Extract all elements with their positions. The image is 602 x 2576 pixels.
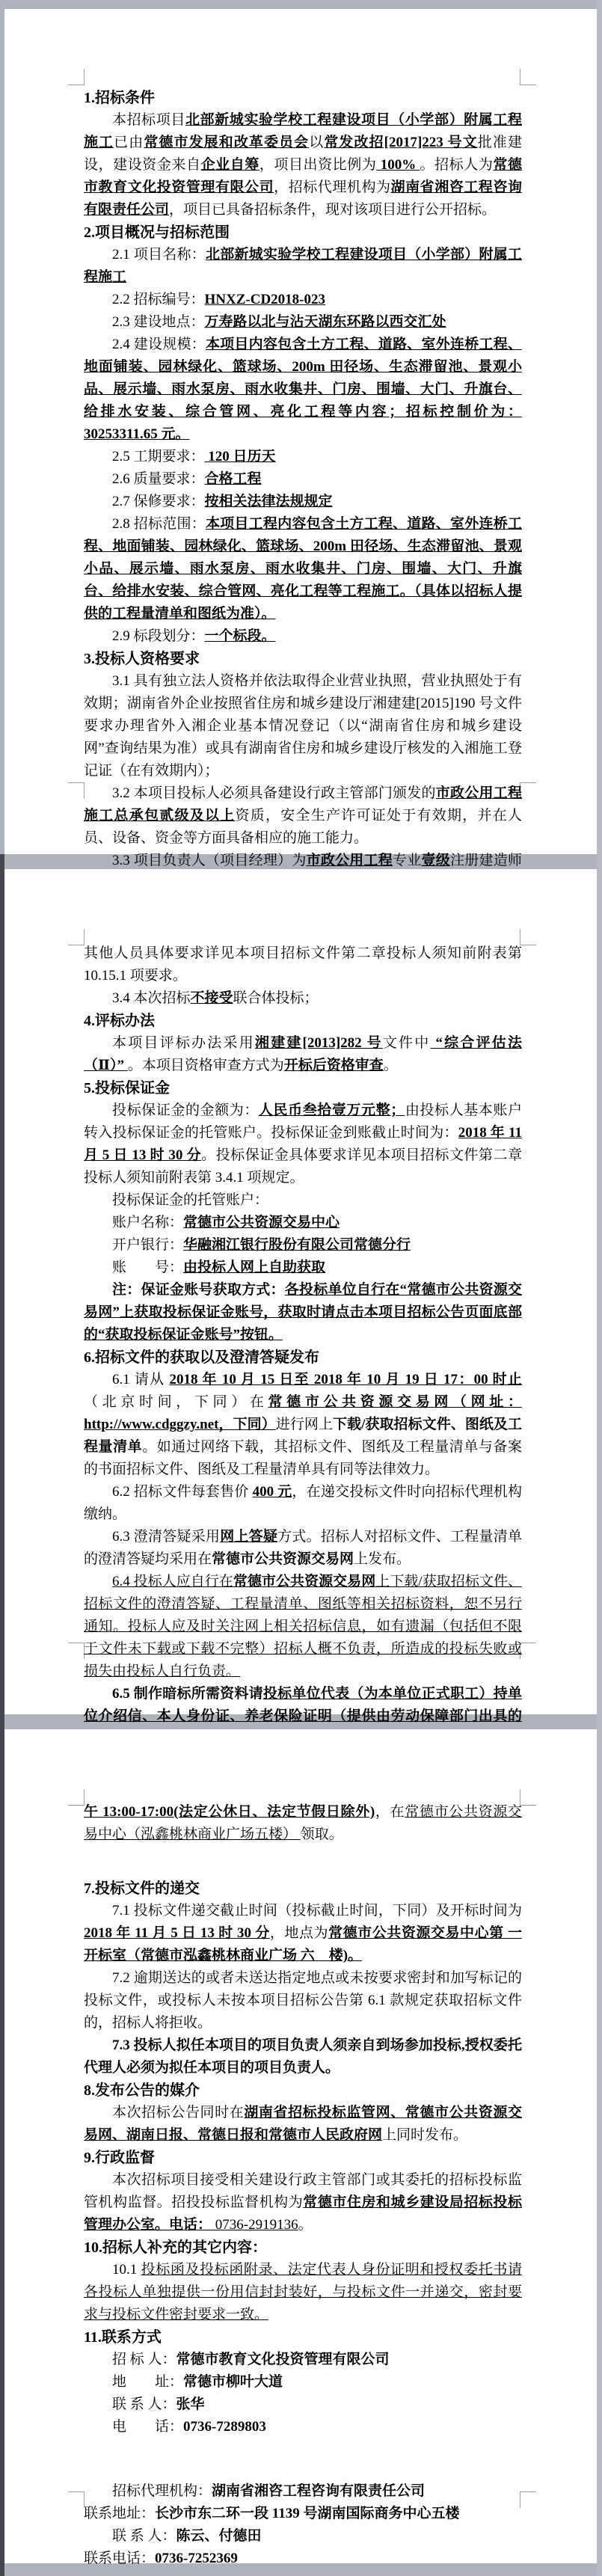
text-run: 10.1: [112, 2262, 141, 2278]
scrollbar-track[interactable]: [597, 0, 602, 2576]
text-run: 文件中: [383, 1035, 431, 1051]
text-run: 1.招标条件: [84, 90, 155, 106]
text-run: 万寿路以北与沾天湖东环路以西交汇处: [205, 314, 446, 330]
text-run: 地 址：: [112, 2374, 183, 2390]
para-9: 本次招标项目接受相关建设行政主管部门或其委托的招标投标监管机构监督。招投投标监督…: [84, 2169, 522, 2236]
heading-5: 5.投标保证金: [84, 1077, 522, 1100]
text-run: 常德市公共资源交易中心: [183, 1215, 340, 1230]
text-run: ，项目出资比例为: [259, 157, 377, 173]
heading-6: 6.招标文件的获取以及澄清答疑发布: [84, 1346, 522, 1369]
para-5-amount: 投标保证金的金额为：人民币叁拾壹万元整；由投标人基本账户转入投标保证金的托管账户…: [84, 1100, 522, 1189]
text-run: 以: [309, 135, 324, 150]
text-run: 人民币叁拾壹万元整；: [259, 1103, 405, 1118]
text-run: 0736-7289803: [183, 2419, 266, 2435]
heading-2: 2.项目概况与招标范围: [84, 221, 522, 244]
contact-person: 联 系 人：张华: [84, 2393, 522, 2416]
text-run: 长沙市东二环一段 1139 号湖南国际商务中心五楼: [155, 2506, 459, 2521]
text-run: 本次招标公告同时在: [112, 2105, 244, 2120]
text-run: 由投标人网上自助获取: [183, 1260, 325, 1275]
text-run: 100%: [376, 157, 420, 173]
item-7-3: 7.3 投标人拟任本项目的项目负责人须亲自到场参加投标,授权委托代理人必须为拟任…: [84, 2034, 522, 2079]
item-2-9: 2.9 标段划分：一个标段。: [84, 625, 522, 648]
para-5-bank: 开户银行：华融湘江银行股份有限公司常德分行: [84, 1234, 522, 1257]
heading-9: 9.行政监督: [84, 2147, 522, 2169]
text-run: 投标保证金的金额为：: [112, 1103, 259, 1118]
heading-3: 3.投标人资格要求: [84, 648, 522, 670]
item-6-4: 6.4 投标人应自行在常德市公共资源交易网上下载/获取招标文件、招标文件的澄清答…: [84, 1571, 522, 1683]
document-page-2: 其他人员具体要求详见本项目招标文件第二章投标人须知前附表第 10.15.1 项要…: [4, 869, 597, 1714]
page-2-text: 其他人员具体要求详见本项目招标文件第二章投标人须知前附表第 10.15.1 项要…: [84, 942, 522, 1773]
text-run: 10.招标人补充的其它内容：: [84, 2239, 267, 2256]
text-run: 湘建建[2013]282 号: [255, 1035, 383, 1051]
text-run: 招标代理机构：: [112, 2483, 212, 2499]
text-run: 投标保证金的托管账户：: [112, 1192, 268, 1208]
text-run: 3.2 本项目投标人必须具备建设行政主管部门颁发的: [112, 785, 436, 801]
document-page-1: 1.招标条件本招标项目北部新城实验学校工程建设项目（小学部）附属工程施工已由常德…: [4, 9, 597, 854]
text-run: 。: [384, 1058, 398, 1073]
text-run: 2.2 招标编号：: [112, 292, 205, 307]
text-run: 投标函及投标函附录、法定代表人身份证明和授权委托书请各投标人单独提供一份用信封封…: [84, 2262, 522, 2322]
agency-person: 联 系 人：陈云、付德田: [84, 2525, 522, 2548]
text-run: ，在: [375, 1804, 405, 1820]
text-run: （北京时间，下同）在: [84, 1394, 268, 1410]
text-run: 2.6 质量要求：: [112, 471, 205, 487]
contact-phone: 电 话：0736-7289803: [84, 2416, 522, 2438]
margin-crop-mark-bottom-right: [520, 782, 536, 799]
text-run: 联系电话：: [84, 2551, 155, 2566]
text-run: 进行网上: [276, 1417, 333, 1432]
margin-crop-mark-bottom-right: [520, 1643, 536, 1659]
text-run: 不接受: [191, 990, 233, 1006]
item-3-2: 3.2 本项目投标人必须具备建设行政主管部门颁发的市政公用工程施工总承包贰级及以…: [84, 782, 522, 850]
item-7-1: 7.1 投标文件递交截止时间（投标截止时间，下同）及开标时间为 2018 年 1…: [84, 1900, 522, 1967]
text-run: 2.项目概况与招标范围: [84, 224, 230, 241]
text-run: 3.4 本次招标: [112, 990, 191, 1006]
heading-8: 8.发布公告的媒介: [84, 2079, 522, 2102]
text-run: 联系地址：: [84, 2506, 155, 2521]
text-run: 3.3 项目负责人（项目经理）为: [112, 853, 307, 868]
text-run: 一个标段。: [205, 628, 276, 644]
item-2-5: 2.5 工期要求： 120 日历天: [84, 446, 522, 468]
heading-11: 11.联系方式: [84, 2326, 522, 2349]
margin-crop-mark-top-left: [68, 1789, 85, 1806]
margin-crop-mark-top-left: [68, 929, 85, 945]
text-run: 常德市公共资源交易网: [233, 1574, 375, 1589]
text-run: 上同时发布。: [382, 2127, 467, 2143]
agency-phone: 联系电话：0736-7252369: [84, 2548, 522, 2570]
text-run: 注：保证金账号获取方式：: [112, 1282, 285, 1298]
text-run: 。: [298, 2217, 313, 2233]
text-run: 3.1 具有独立法人资格并依法取得企业营业执照，营业执照处于有效期；湖南省外企业…: [84, 673, 522, 779]
text-run: 专业: [393, 853, 421, 868]
text-run: 7.3 投标人拟任本项目的项目负责人须亲自到场参加投标,授权委托代理人必须为拟任…: [84, 2037, 522, 2076]
text-run: 联 系 人：: [112, 2396, 176, 2412]
item-10-1: 10.1 投标函及投标函附录、法定代表人身份证明和授权委托书请各投标人单独提供一…: [84, 2259, 522, 2326]
text-run: 常发改招[2017]223 号文: [324, 135, 477, 150]
document-page-3: 午 13:00-17:00(法定公休日、法定节假日除外)，在常德市公共资源交易中…: [4, 1729, 597, 2563]
text-run: 9.行政监督: [84, 2150, 155, 2166]
para-5-account-no: 账 号：由投标人网上自助获取: [84, 1257, 522, 1279]
item-2-2: 2.2 招标编号：HNXZ-CD2018-023: [84, 289, 522, 311]
text-run: 电 话：: [112, 2419, 183, 2435]
text-run: 2.8 招标范围：: [112, 516, 206, 532]
margin-crop-mark-top-left: [68, 69, 85, 85]
margin-crop-mark-top-right: [520, 69, 536, 85]
text-run: 2.1 项目名称：: [112, 247, 206, 263]
text-run: ，地点为: [270, 1925, 328, 1941]
margin-crop-mark-bottom-right: [520, 2491, 536, 2508]
margin-crop-mark-bottom-left: [68, 782, 85, 799]
para-5-account-title: 投标保证金的托管账户：: [84, 1189, 522, 1212]
text-run: 华融湘江银行股份有限公司常德分行: [183, 1237, 411, 1253]
item-2-6: 2.6 质量要求：合格工程: [84, 468, 522, 491]
para-6-5-cont: 午 13:00-17:00(法定公休日、法定节假日除外)，在常德市公共资源交易中…: [84, 1801, 522, 1846]
text-run: 400 元: [253, 1484, 292, 1500]
text-run: 其他人员具体要求详见本项目招标文件第二章投标人须知前附表第 10.15.1 项要…: [84, 945, 522, 984]
text-run: 2018 年 10 月 15 日至 2018 年 10 月 19 日 17：00…: [169, 1372, 522, 1387]
item-2-3: 2.3 建设地点：万寿路以北与沾天湖东环路以西交汇处: [84, 311, 522, 334]
item-2-8: 2.8 招标范围：本项目工程内容包含土方工程、道路、室外连桥工程、地面铺装、园林…: [84, 513, 522, 625]
word-print-view: { "ui": { "canvas_bg": "#aeb2bd", "page_…: [0, 0, 602, 2576]
margin-crop-mark-top-right: [520, 929, 536, 945]
text-run: 开户银行：: [112, 1237, 183, 1253]
para-1-intro: 本招标项目北部新城实验学校工程建设项目（小学部）附属工程施工已由常德市发展和改革…: [84, 109, 522, 221]
heading-1: 1.招标条件: [84, 87, 522, 109]
text-run: 6.4 投标人应自行在: [112, 1574, 233, 1589]
text-run: 开标后资格审查: [284, 1058, 384, 1073]
item-2-1: 2.1 项目名称：北部新城实验学校工程建设项目（小学部）附属工程施工: [84, 244, 522, 289]
text-run: 市政公用工程: [307, 853, 393, 868]
agency-address: 联系地址：长沙市东二环一段 1139 号湖南国际商务中心五楼: [84, 2503, 522, 2525]
text-run: 上下载/获取招标文件、招标文件的澄清答疑、工程量清单、图纸等相关招标资料，恕不另…: [84, 1574, 522, 1679]
item-2-7: 2.7 保修要求：按相关法律法规规定: [84, 491, 522, 513]
heading-4: 4.评标办法: [84, 1010, 522, 1032]
text-run: 午 13:00-17:00(法定公休日、法定节假日除外): [84, 1804, 375, 1820]
contact-address: 地 址：常德市柳叶大道: [84, 2371, 522, 2393]
item-2-4: 2.4 建设规模：本项目内容包含土方工程、道路、室外连桥工程、地面铺装、园林绿化…: [84, 334, 522, 446]
text-run: 3.投标人资格要求: [84, 651, 200, 667]
text-run: 2.9 标段划分：: [112, 628, 205, 644]
margin-crop-mark-bottom-left: [68, 1643, 85, 1659]
text-run: 8.发布公告的媒介: [84, 2082, 200, 2099]
para-5-account-name: 账户名称：常德市公共资源交易中心: [84, 1212, 522, 1234]
text-run: 常德市教育文化投资管理有限公司: [176, 2352, 390, 2367]
item-3-1: 3.1 具有独立法人资格并依法取得企业营业执照，营业执照处于有效期；湖南省外企业…: [84, 670, 522, 782]
text-run: 。招标人为: [420, 157, 494, 173]
text-run: 。如通过网络下载，其招标文件、图纸及工程量清单与备案的书面招标文件、图纸及工程量…: [84, 1439, 522, 1477]
para-5-note: 注：保证金账号获取方式：各投标单位自行在“常德市公共资源交易网”上获取投标保证金…: [84, 1279, 522, 1346]
text-run: 网上答疑: [220, 1529, 277, 1545]
item-6-3: 6.3 澄清答疑采用网上答疑方式。招标人对招标文件、工程量清单的澄清答疑均采用在…: [84, 1526, 522, 1571]
text-run: ，项目已具备招标条件，现对该项目进行公开招标。: [169, 202, 496, 218]
item-7-2: 7.2 逾期送达的或者未送达指定地点或未按要求密封和加写标记的投标文件，或投标人…: [84, 1967, 522, 2034]
text-run: 2.5 工期要求：: [112, 449, 205, 464]
text-run: 账户名称：: [112, 1215, 183, 1230]
text-run: 本项目工程内容包含土方工程、道路、室外连桥工程、地面铺装、园林绿化、篮球场、20…: [84, 516, 522, 622]
page-3-text: 午 13:00-17:00(法定公休日、法定节假日除外)，在常德市公共资源交易中…: [84, 1801, 522, 2570]
text-run: 陈云、付德田: [176, 2528, 262, 2544]
item-6-1: 6.1 请从 2018 年 10 月 15 日至 2018 年 10 月 19 …: [84, 1369, 522, 1481]
text-run: 领取。: [301, 1827, 343, 1842]
para-3-3-cont: 其他人员具体要求详见本项目招标文件第二章投标人须知前附表第 10.15.1 项要…: [84, 942, 522, 987]
text-run: 常德市发展和改革委员会: [144, 135, 309, 150]
margin-crop-mark-top-right: [520, 1789, 536, 1806]
text-run: 4.评标办法: [84, 1013, 155, 1029]
text-run: 120 日历天: [205, 449, 276, 464]
text-run: 招 标 人：: [112, 2352, 176, 2367]
text-run: 2.4 建设规模：: [112, 337, 206, 352]
text-run: 0736-7252369: [155, 2551, 238, 2566]
item-6-2: 6.2 招标文件每套售价 400 元，在递交投标文件时向招标代理机构缴纳。: [84, 1481, 522, 1526]
text-run: 本项目评标办法采用: [112, 1035, 255, 1051]
text-run: ，招标代理机构为: [274, 180, 390, 195]
text-run: 账 号：: [112, 1260, 183, 1275]
heading-7: 7.投标文件的递交: [84, 1877, 522, 1900]
text-run: 常德市柳叶大道: [183, 2374, 283, 2390]
text-run: 6.1 请从: [112, 1372, 169, 1387]
text-run: 壹级: [422, 853, 450, 868]
text-run: 联 系 人：: [112, 2528, 176, 2544]
text-run: 已由: [114, 135, 144, 150]
text-run: 联合体投标；: [233, 990, 319, 1006]
text-run: 2.7 保修要求：: [112, 494, 205, 509]
text-run: 6.招标文件的获取以及澄清答疑发布: [84, 1349, 319, 1366]
text-run: 本项目内容包含土方工程、道路、室外连桥工程、地面铺装、园林绿化、篮球场、200m…: [84, 337, 522, 442]
text-run: 6.5 制作暗标所需资料请: [112, 1686, 263, 1702]
text-run: 5.投标保证金: [84, 1080, 170, 1097]
text-run: 按相关法律法规规定: [205, 494, 333, 509]
text-run: 常德市公共资源交易网: [212, 1551, 354, 1567]
text-run: 7.1 投标文件递交截止时间（投标截止时间，下同）及开标时间为: [112, 1903, 522, 1919]
text-run: 张华: [176, 2396, 205, 2412]
text-run: 合格工程: [205, 471, 262, 487]
text-run: 本招标项目: [112, 112, 185, 128]
text-run: 0736-2919136: [215, 2217, 298, 2233]
text-run: 上发布。: [354, 1551, 411, 1567]
page-1-text: 1.招标条件本招标项目北部新城实验学校工程建设项目（小学部）附属工程施工已由常德…: [84, 87, 522, 917]
agency-name: 招标代理机构：湖南省湘咨工程咨询有限责任公司: [84, 2480, 522, 2503]
para-4: 本项目评标办法采用湘建建[2013]282 号文件中 “综合评估法（Ⅱ）” 。本…: [84, 1032, 522, 1077]
heading-10: 10.招标人补充的其它内容：: [84, 2236, 522, 2259]
para-8: 本次招标公告同时在湖南省招标投标监管网、常德市公共资源交易网、湖南日报、常德日报…: [84, 2102, 522, 2147]
text-run: 2018 年 11 月 5 日 13 时 30 分: [84, 1925, 270, 1941]
margin-crop-mark-bottom-left: [68, 2491, 85, 2508]
text-run: 6.2 招标文件每套售价: [112, 1484, 253, 1500]
text-run: 湖南省湘咨工程咨询有限责任公司: [212, 2483, 425, 2499]
text-run: 2.3 建设地点：: [112, 314, 205, 330]
text-run: 7.2 逾期送达的或者未送达指定地点或未按要求密封和加写标记的投标文件，或投标人…: [84, 1970, 522, 2031]
text-run: 。本项目资格审查方式为: [128, 1058, 284, 1073]
text-run: HNXZ-CD2018-023: [205, 292, 326, 307]
text-run: 企业自筹: [201, 157, 259, 173]
text-run: 11.联系方式: [84, 2329, 162, 2346]
item-3-4: 3.4 本次招标不接受联合体投标；: [84, 987, 522, 1010]
text-run: 6.3 澄清答疑采用: [112, 1529, 220, 1545]
text-run: 7.投标文件的递交: [84, 1880, 200, 1897]
contact-tenderer: 招 标 人：常德市教育文化投资管理有限公司: [84, 2349, 522, 2371]
